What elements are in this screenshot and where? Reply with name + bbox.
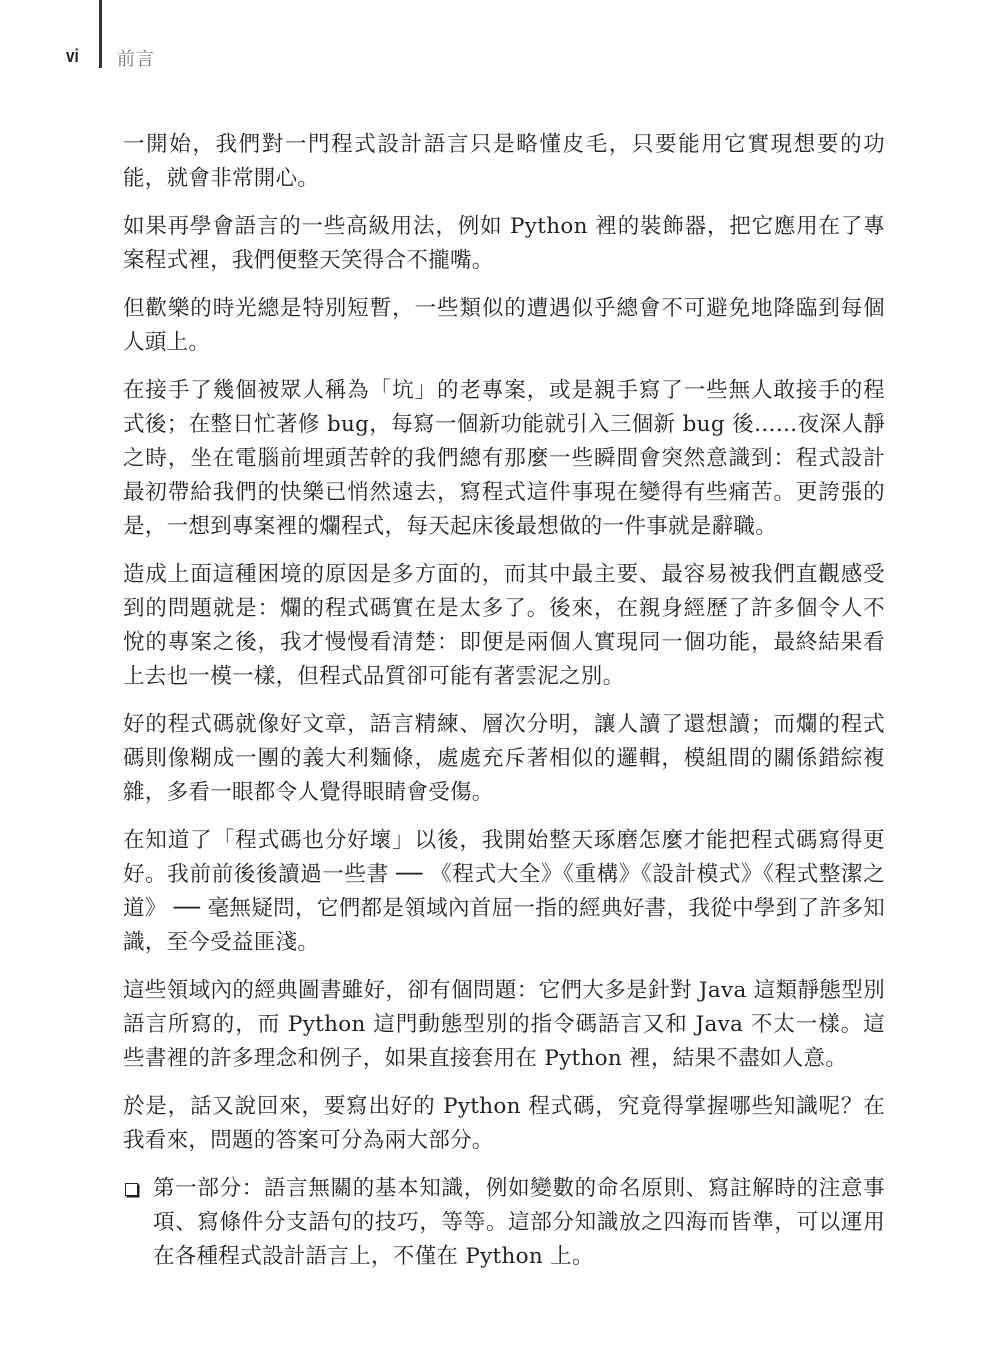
bullet-text: 第一部分：語言無關的基本知識，例如變數的命名原則、寫註解時的注意事項、寫條件分支… xyxy=(153,1176,885,1269)
bullet-list-item: 第一部分：語言無關的基本知識，例如變數的命名原則、寫註解時的注意事項、寫條件分支… xyxy=(123,1172,885,1274)
page-number: vi xyxy=(66,46,79,67)
checkbox-icon xyxy=(125,1183,138,1196)
paragraph: 造成上面這種困境的原因是多方面的，而其中最主要、最容易被我們直觀感受到的問題就是… xyxy=(123,558,885,694)
paragraph: 一開始，我們對一門程式設計語言只是略懂皮毛，只要能用它實現想要的功能，就會非常開… xyxy=(123,128,885,196)
paragraph: 在知道了「程式碼也分好壞」以後，我開始整天琢磨怎麼才能把程式碼寫得更好。我前前後… xyxy=(123,824,885,960)
paragraph: 於是，話又說回來，要寫出好的 Python 程式碼，究竟得掌握哪些知識呢？在我看… xyxy=(123,1090,885,1158)
paragraph: 但歡樂的時光總是特別短暫，一些類似的遭遇似乎總會不可避免地降臨到每個人頭上。 xyxy=(123,292,885,360)
header-divider xyxy=(99,0,102,68)
paragraph: 好的程式碼就像好文章，語言精練、層次分明，讓人讀了還想讀；而爛的程式碼則像糊成一… xyxy=(123,708,885,810)
paragraph: 這些領域內的經典圖書雖好，卻有個問題：它們大多是針對 Java 這類靜態型別語言… xyxy=(123,974,885,1076)
body-text: 一開始，我們對一門程式設計語言只是略懂皮毛，只要能用它實現想要的功能，就會非常開… xyxy=(123,128,885,1274)
paragraph: 如果再學會語言的一些高級用法，例如 Python 裡的裝飾器，把它應用在了專案程… xyxy=(123,210,885,278)
paragraph: 在接手了幾個被眾人稱為「坑」的老專案，或是親手寫了一些無人敢接手的程式後；在整日… xyxy=(123,374,885,544)
running-title: 前言 xyxy=(117,45,155,71)
